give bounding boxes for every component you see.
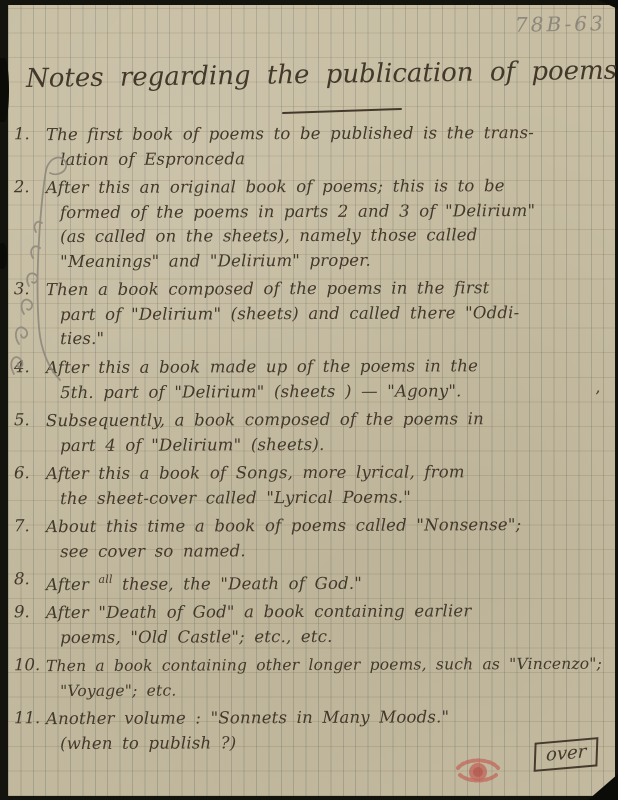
list-item: 6.After this a book of Songs, more lyric… [10, 459, 602, 511]
item-number: 5. [10, 409, 46, 458]
over-note: over [533, 737, 598, 772]
inserted-word: all [98, 572, 112, 585]
handwritten-line: 5th. part of "Delirium" (sheets ) — "Ago… [46, 378, 602, 405]
item-text: About this time a book of poems called "… [46, 512, 602, 563]
item-text: Subsequently, a book composed of the poe… [46, 406, 602, 457]
handwritten-line: The first book of poems to be published … [46, 121, 602, 148]
item-number: 8. [10, 568, 46, 598]
scanned-manuscript: { "colors": { "paper": "#c7bea3", "ink":… [0, 0, 618, 800]
handwritten-line: see cover so named. [46, 537, 602, 564]
handwritten-line: After "Death of God" a book containing e… [46, 599, 602, 626]
item-text: After this a book of Songs, more lyrical… [46, 459, 602, 510]
pencil-letter [22, 300, 33, 314]
list-item: 11.Another volume : "Sonnets in Many Moo… [10, 705, 602, 757]
handwritten-line: formed of the poems in parts 2 and 3 of … [46, 198, 602, 225]
handwritten-line: After all these, the "Death of God." [46, 565, 602, 597]
list-item: 3.Then a book composed of the poems in t… [10, 276, 602, 352]
item-text: The first book of poems to be published … [46, 121, 602, 172]
handwritten-line: After this an original book of poems; th… [46, 174, 602, 201]
handwritten-line: "Voyage"; etc. [46, 676, 602, 703]
item-text: After this an original book of poems; th… [46, 174, 602, 274]
handwritten-line: part of "Delirium" (sheets) and called t… [46, 300, 602, 327]
pencil-letter [27, 273, 37, 286]
item-text: After all these, the "Death of God." [46, 565, 602, 597]
ink-tick: ’ [595, 387, 600, 406]
handwritten-line: (when to publish ?) [46, 729, 602, 756]
item-text: Then a book composed of the poems in the… [46, 276, 602, 352]
pencil-letter [11, 357, 22, 374]
handwritten-line: After this a book made up of the poems i… [46, 353, 602, 380]
pencil-margin-note [0, 146, 72, 390]
pencil-stroke [38, 170, 60, 380]
list-item: 1.The first book of poems to be publishe… [10, 121, 602, 173]
item-text: Then a book containing other longer poem… [46, 652, 602, 703]
handwritten-line: About this time a book of poems called "… [46, 512, 602, 539]
handwritten-line: the sheet-cover called "Lyrical Poems." [46, 484, 602, 511]
library-stamp [450, 748, 506, 792]
handwritten-line: After this a book of Songs, more lyrical… [46, 459, 602, 486]
handwritten-line: part 4 of "Delirium" (sheets). [46, 431, 602, 458]
handwritten-line: Subsequently, a book composed of the poe… [46, 406, 602, 433]
handwritten-line: "Meanings" and "Delirium" proper. [46, 247, 602, 274]
stamp-seal-center [473, 767, 483, 777]
item-number: 6. [10, 462, 46, 511]
list-item: 5.Subsequently, a book composed of the p… [10, 406, 602, 458]
item-number: 7. [10, 515, 46, 564]
item-number: 11. [10, 707, 46, 756]
handwritten-line: Then a book composed of the poems in the… [46, 276, 602, 303]
list-item: 10.Then a book containing other longer p… [10, 652, 602, 704]
item-number: 10. [10, 654, 46, 703]
list-item: 7.About this time a book of poems called… [10, 512, 602, 564]
pencil-letter [16, 327, 27, 344]
scan-edge-mark [0, 58, 9, 122]
list-item: 2.After this an original book of poems; … [10, 174, 602, 275]
list-item: 4.After this a book made up of the poems… [10, 353, 602, 405]
archive-number: 78B-63 [515, 11, 606, 37]
list-item: 9.After "Death of God" a book containing… [10, 599, 602, 651]
handwritten-line: poems, "Old Castle"; etc., etc. [46, 623, 602, 650]
list-item: 8.After all these, the "Death of God." [10, 565, 602, 597]
item-number: 9. [10, 601, 46, 650]
item-text: Another volume : "Sonnets in Many Moods.… [46, 705, 602, 756]
pencil-flourish [46, 158, 66, 175]
handwritten-line: (as called on the sheets), namely those … [46, 223, 602, 250]
handwritten-line: Then a book containing other longer poem… [46, 652, 602, 679]
item-text: After this a book made up of the poems i… [46, 353, 602, 404]
handwritten-line: lation of Espronceda [46, 145, 602, 172]
handwritten-line: ties." [46, 325, 602, 352]
pencil-letter [35, 222, 42, 232]
item-text: After "Death of God" a book containing e… [46, 599, 602, 650]
notes-list: 1.The first book of poems to be publishe… [10, 122, 602, 759]
handwritten-line: Another volume : "Sonnets in Many Moods.… [46, 705, 602, 732]
